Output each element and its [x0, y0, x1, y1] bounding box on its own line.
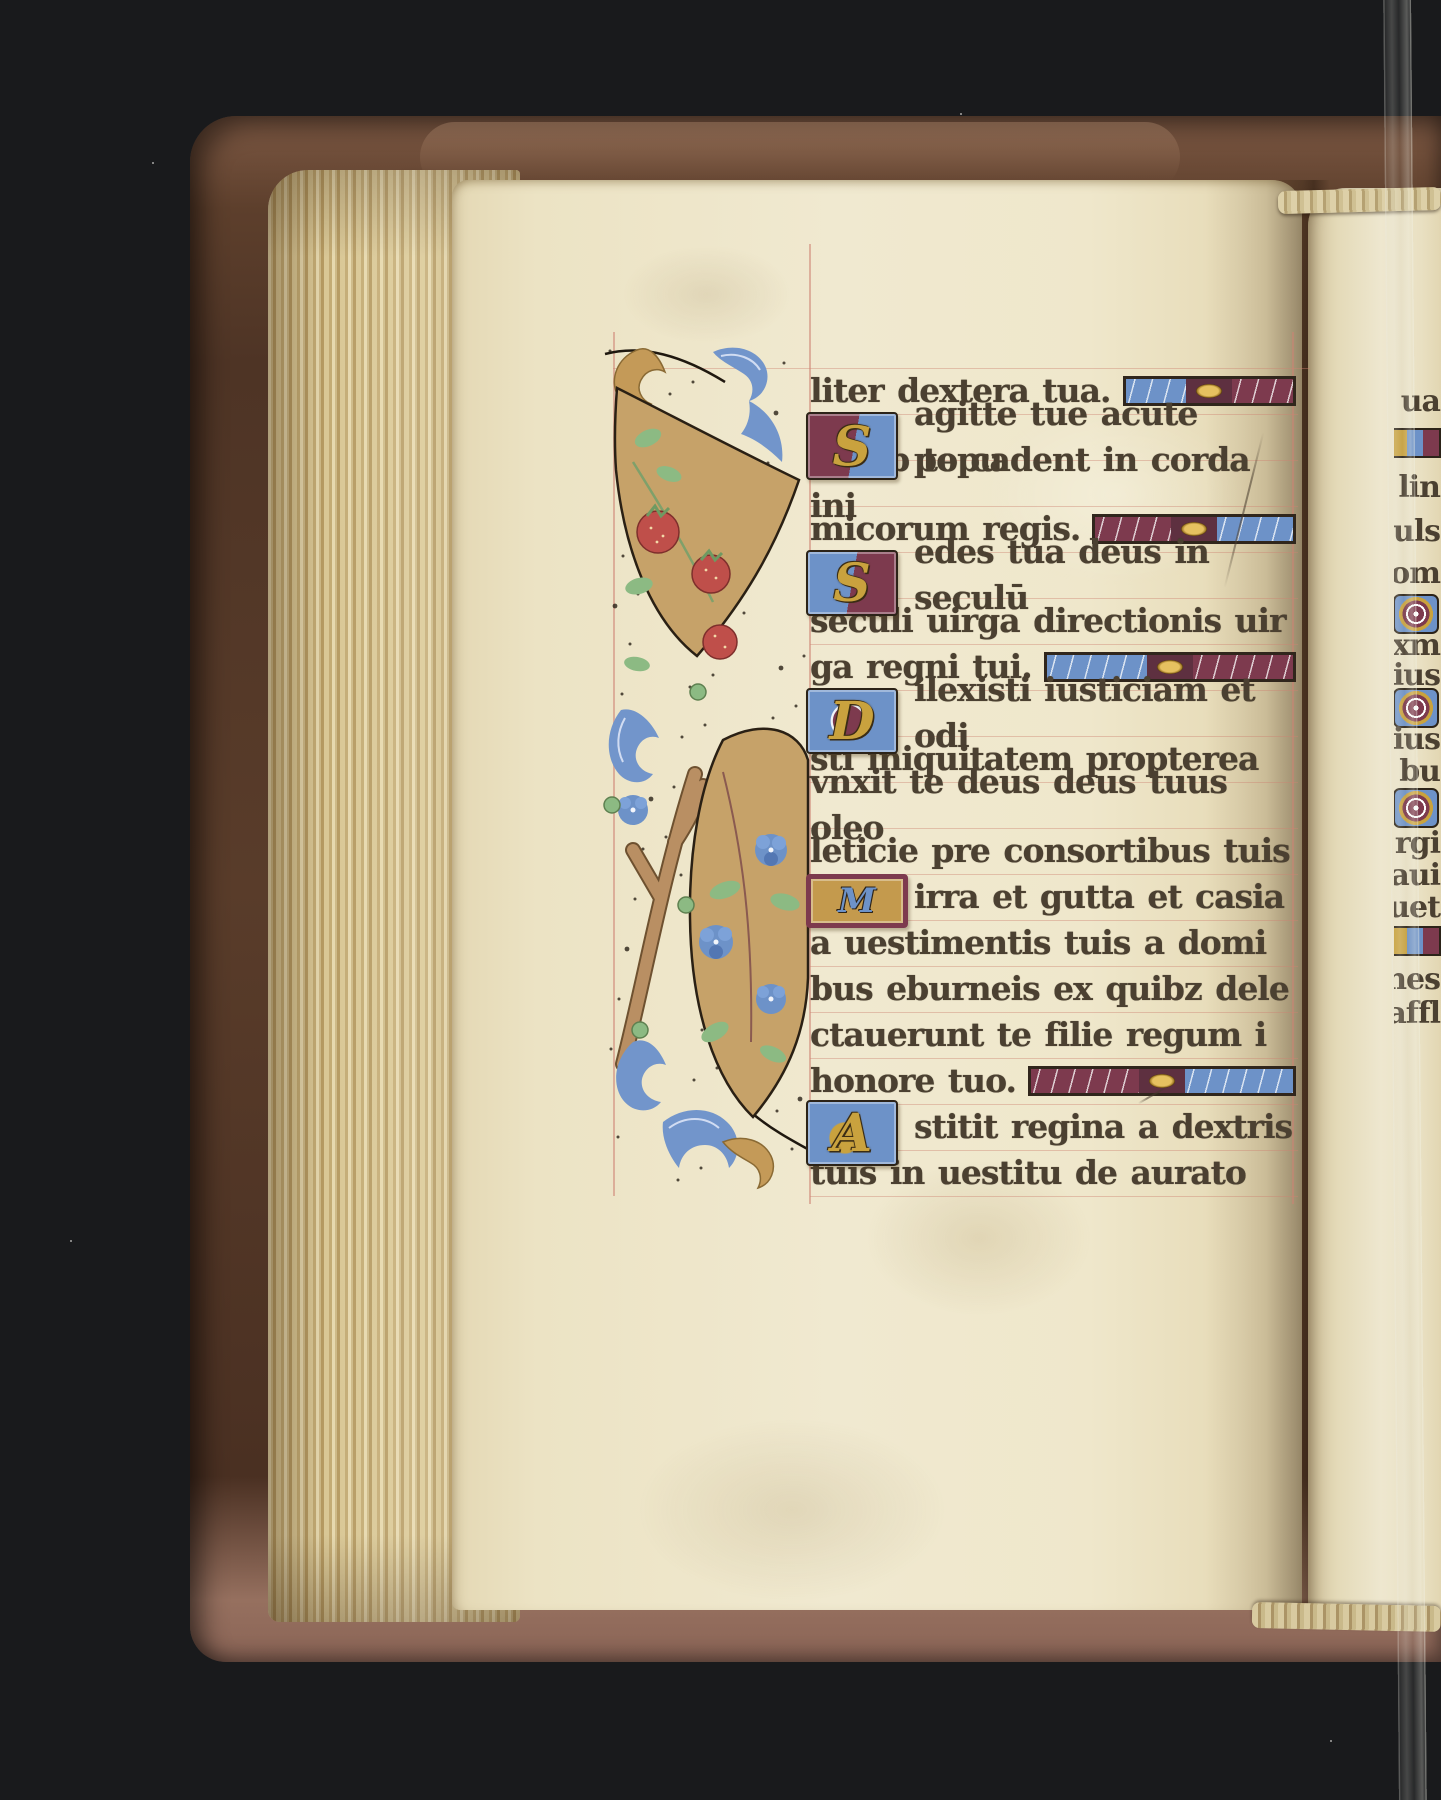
line-text: leticie pre consortibus tuis	[810, 828, 1290, 874]
dust-speck	[1330, 1740, 1332, 1742]
text-line: ctauerunt te filie regum i	[810, 1012, 1298, 1058]
illuminated-initial-M: M	[806, 874, 908, 928]
illuminated-initial-D: D	[806, 688, 898, 754]
illuminated-initial-S: S	[806, 412, 898, 480]
line-text: honore tuo.	[810, 1058, 1016, 1104]
blue-acanthus	[609, 709, 659, 782]
manuscript-text-block: liter dextera tua.agitte tue acute popul…	[810, 368, 1298, 1196]
line-filler	[1028, 1066, 1296, 1096]
dust-speck	[70, 1240, 72, 1242]
filler-segment-blue	[1185, 1069, 1293, 1093]
line-text: ctauerunt te filie regum i	[810, 1012, 1266, 1058]
dust-speck	[960, 113, 962, 115]
line-text: irra et gutta et casia	[914, 874, 1284, 920]
dust-speck	[152, 162, 154, 164]
photo-scene: liter dextera tua.agitte tue acute popul…	[0, 0, 1441, 1800]
text-line: vnxit te deus deus tuus oleo	[810, 782, 1298, 828]
text-line: bus eburneis ex quibz dele	[810, 966, 1298, 1012]
gold-compartment-violets	[690, 729, 808, 1117]
text-line: honore tuo.	[810, 1058, 1298, 1104]
text-line: leticie pre consortibus tuis	[810, 828, 1298, 874]
line-text: stitit regina a dextris	[914, 1104, 1292, 1150]
line-text: bus eburneis ex quibz dele	[810, 966, 1289, 1012]
illuminated-border	[603, 342, 815, 1198]
baseline-rule	[810, 1196, 1298, 1197]
illuminated-initial-A: A	[806, 1100, 898, 1166]
illuminated-initial-S: S	[806, 550, 898, 616]
filler-segment-maroon	[1031, 1069, 1139, 1093]
